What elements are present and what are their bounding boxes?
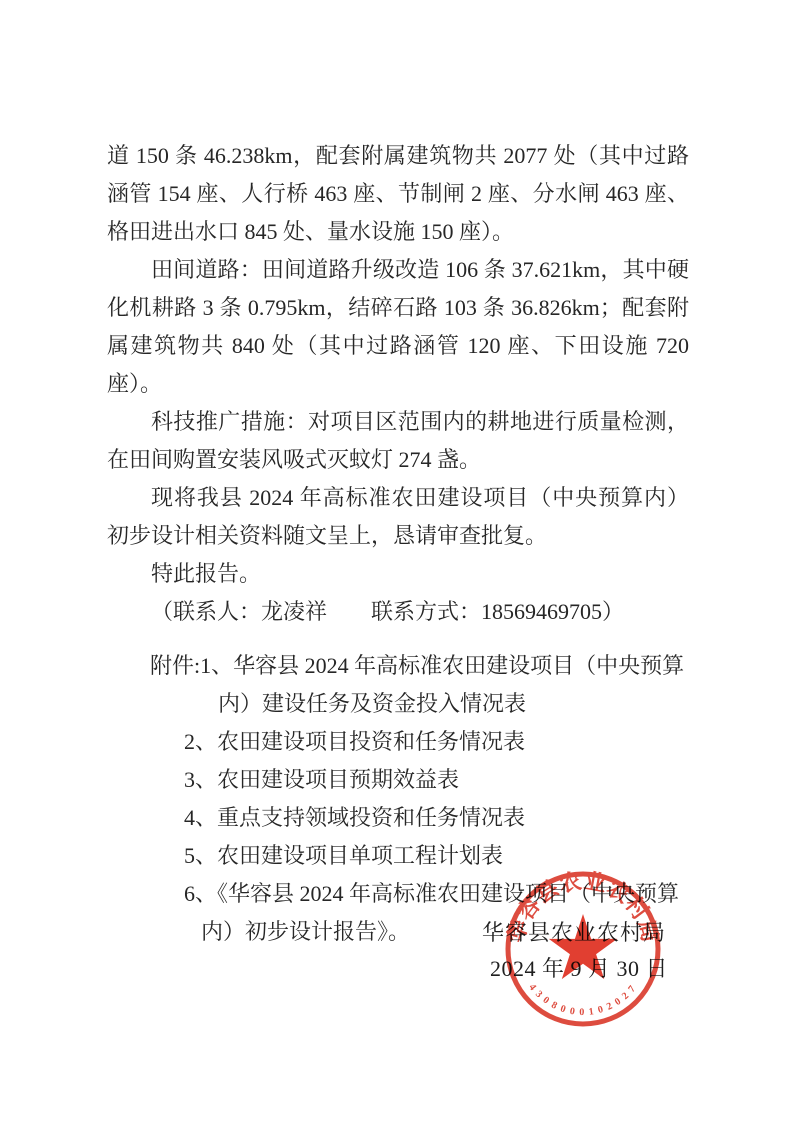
- paragraph-canal-summary: 道 150 条 46.238km，配套附属建筑物共 2077 处（其中过路涵管 …: [107, 137, 689, 251]
- paragraph-closing: 特此报告。: [107, 555, 689, 593]
- official-seal: 华容县农业农村局 4308000102027: [498, 864, 668, 1034]
- document-body: 道 150 条 46.238km，配套附属建筑物共 2077 处（其中过路涵管 …: [107, 137, 689, 951]
- attachment-item-1-cont: 内）建设任务及资金投入情况表: [107, 685, 689, 723]
- paragraph-submission: 现将我县 2024 年高标准农田建设项目（中央预算内）初步设计相关资料随文呈上，…: [107, 479, 689, 555]
- paragraph-field-roads: 田间道路：田间道路升级改造 106 条 37.621km，其中硬化机耕路 3 条…: [107, 251, 689, 403]
- attachment-item-2: 2、农田建设项目投资和任务情况表: [107, 723, 689, 761]
- attachment-item-4: 4、重点支持领域投资和任务情况表: [107, 799, 689, 837]
- paragraph-contact-info: （联系人：龙凌祥 联系方式：18569469705）: [107, 593, 689, 631]
- seal-star-icon: [549, 914, 617, 979]
- attachment-item-3: 3、农田建设项目预期效益表: [107, 761, 689, 799]
- attachment-item-1: 附件:1、华容县 2024 年高标准农田建设项目（中央预算: [107, 647, 689, 685]
- document-page: 道 150 条 46.238km，配套附属建筑物共 2077 处（其中过路涵管 …: [0, 0, 793, 1121]
- paragraph-tech-measures: 科技推广措施：对项目区范围内的耕地进行质量检测，在田间购置安装风吸式灭蚊灯 27…: [107, 403, 689, 479]
